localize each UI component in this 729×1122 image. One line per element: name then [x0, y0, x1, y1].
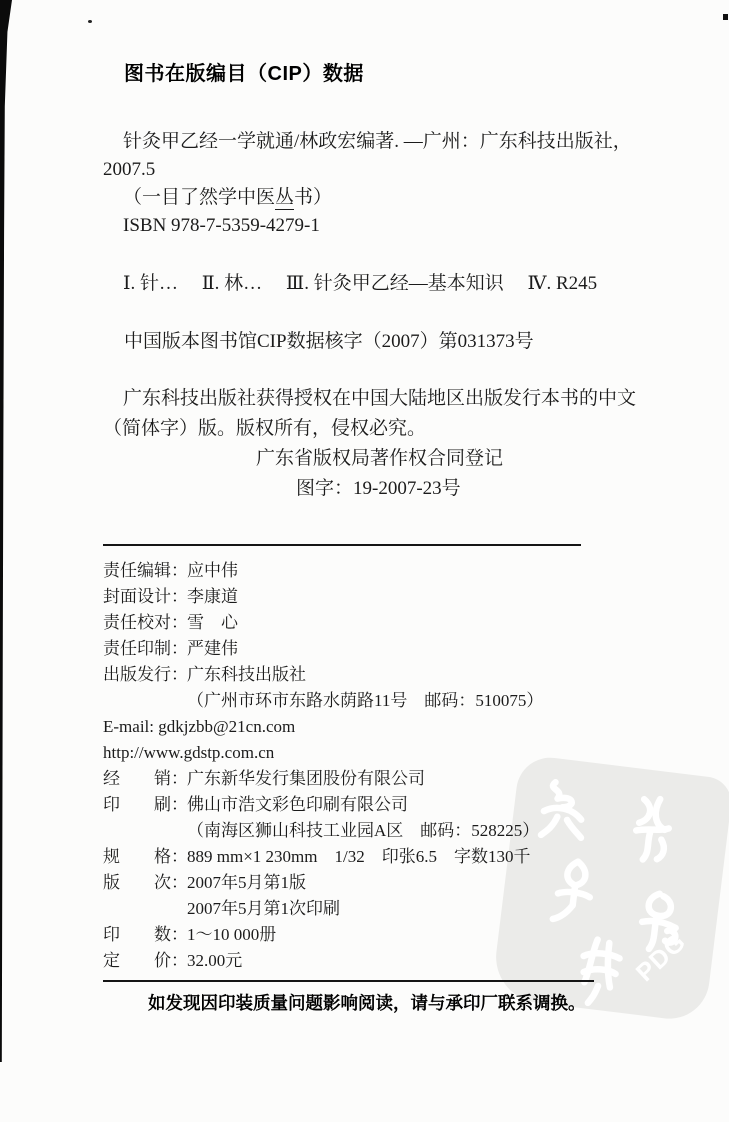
authorization-line: （简体字）版。版权所有，侵权必究。 — [103, 414, 703, 444]
colophon-value: （南海区狮山科技工业园A区 邮码：528225） — [187, 821, 539, 840]
scan-edge-artifact — [0, 0, 12, 1062]
colophon-row: 责任印制：严建伟 — [103, 636, 703, 662]
page-content: 图书在版编目（CIP）数据 针灸甲乙经一学就通/林政宏编著. —广州：广东科技出… — [103, 62, 703, 1015]
cip-series-line: （一目了然学中医丛书） — [123, 184, 703, 212]
colophon-value: 32.00元 — [187, 951, 242, 970]
colophon-row: 规 格：889 mm×1 230mm 1/32 印张6.5 字数130千 — [103, 844, 703, 870]
copyright-registration-line: 广东省版权局著作权合同登记 — [256, 444, 703, 474]
colophon-label: 责任编辑： — [103, 558, 187, 584]
cip-year-line: 2007.5 — [103, 156, 703, 184]
cip-heading: 图书在版编目（CIP）数据 — [124, 62, 703, 86]
bottom-divider-rule — [103, 980, 594, 982]
top-divider-rule — [103, 544, 581, 546]
colophon-value: （广州市环市东路水荫路11号 邮码：510075） — [187, 691, 543, 710]
colophon-row-website: http://www.gdstp.com.cn — [103, 740, 703, 766]
colophon-label: 印 刷： — [103, 792, 187, 818]
colophon-value: 广东新华发行集团股份有限公司 — [187, 769, 425, 788]
colophon-value: E-mail: gdkjzbb@21cn.com — [103, 717, 295, 736]
series-underlined-char: 丛 — [275, 187, 294, 210]
colophon-label: 印 数： — [103, 922, 187, 948]
colophon-row: 出版发行：广东科技出版社 — [103, 662, 703, 688]
colophon-block: 责任编辑：应中伟 封面设计：李康道 责任校对：雪 心 责任印制：严建伟 出版发行… — [103, 558, 703, 974]
colophon-row: 印 数：1～10 000册 — [103, 922, 703, 948]
colophon-row-continuation: （广州市环市东路水荫路11号 邮码：510075） — [103, 688, 703, 714]
colophon-row: 印 刷：佛山市浩文彩色印刷有限公司 — [103, 792, 703, 818]
cip-title-line: 针灸甲乙经一学就通/林政宏编著. —广州：广东科技出版社， — [123, 128, 703, 156]
colophon-label: 封面设计： — [103, 584, 187, 610]
colophon-row: 责任编辑：应中伟 — [103, 558, 703, 584]
colophon-value: http://www.gdstp.com.cn — [103, 743, 274, 762]
colophon-label: 规 格： — [103, 844, 187, 870]
colophon-row: 责任校对：雪 心 — [103, 610, 703, 636]
colophon-label: 版 次： — [103, 870, 187, 896]
cip-record-number-line: 中国版本图书馆CIP数据核字（2007）第031373号 — [124, 328, 703, 356]
colophon-value: 1～10 000册 — [187, 925, 276, 944]
colophon-row-email: E-mail: gdkjzbb@21cn.com — [103, 714, 703, 740]
colophon-value: 应中伟 — [187, 561, 238, 580]
isbn-line: ISBN 978-7-5359-4279-1 — [123, 212, 703, 240]
colophon-value: 2007年5月第1次印刷 — [187, 899, 340, 918]
colophon-row: 版 次：2007年5月第1版 — [103, 870, 703, 896]
colophon-label: 责任印制： — [103, 636, 187, 662]
colophon-value: 李康道 — [187, 587, 238, 606]
colophon-value: 严建伟 — [187, 639, 238, 658]
colophon-row-continuation: 2007年5月第1次印刷 — [103, 896, 703, 922]
colophon-row-continuation: （南海区狮山科技工业园A区 邮码：528225） — [103, 818, 703, 844]
colophon-row: 定 价：32.00元 — [103, 948, 703, 974]
series-text: 书） — [294, 187, 332, 208]
cip-classification-line: Ⅰ. 针… Ⅱ. 林… Ⅲ. 针灸甲乙经—基本知识 Ⅳ. R245 — [123, 270, 703, 298]
cip-description-block: 针灸甲乙经一学就通/林政宏编著. —广州：广东科技出版社， 2007.5 （一目… — [103, 128, 703, 240]
scan-speck — [723, 14, 728, 20]
colophon-value: 2007年5月第1版 — [187, 873, 306, 892]
colophon-row: 封面设计：李康道 — [103, 584, 703, 610]
registration-number-line: 图字：19-2007-23号 — [296, 474, 703, 504]
colophon-value: 889 mm×1 230mm 1/32 印张6.5 字数130千 — [187, 847, 530, 866]
colophon-value: 广东科技出版社 — [187, 665, 306, 684]
colophon-value: 雪 心 — [187, 613, 238, 632]
print-quality-notice: 如发现因印装质量问题影响阅读，请与承印厂联系调换。 — [148, 991, 703, 1015]
colophon-row: 经 销：广东新华发行集团股份有限公司 — [103, 766, 703, 792]
authorization-block: 广东科技出版社获得授权在中国大陆地区出版发行本书的中文 （简体字）版。版权所有，… — [103, 384, 703, 504]
scanned-copyright-page: PDG 图书在版编目（CIP）数据 针灸甲乙经一学就通/林政宏编著. —广州：广… — [0, 0, 729, 1122]
colophon-label: 定 价： — [103, 948, 187, 974]
scan-speck — [88, 20, 92, 23]
authorization-line: 广东科技出版社获得授权在中国大陆地区出版发行本书的中文 — [123, 384, 703, 414]
colophon-value: 佛山市浩文彩色印刷有限公司 — [187, 795, 408, 814]
colophon-label: 责任校对： — [103, 610, 187, 636]
colophon-label: 出版发行： — [103, 662, 187, 688]
colophon-label: 经 销： — [103, 766, 187, 792]
series-text: （一目了然学中医 — [123, 187, 275, 208]
